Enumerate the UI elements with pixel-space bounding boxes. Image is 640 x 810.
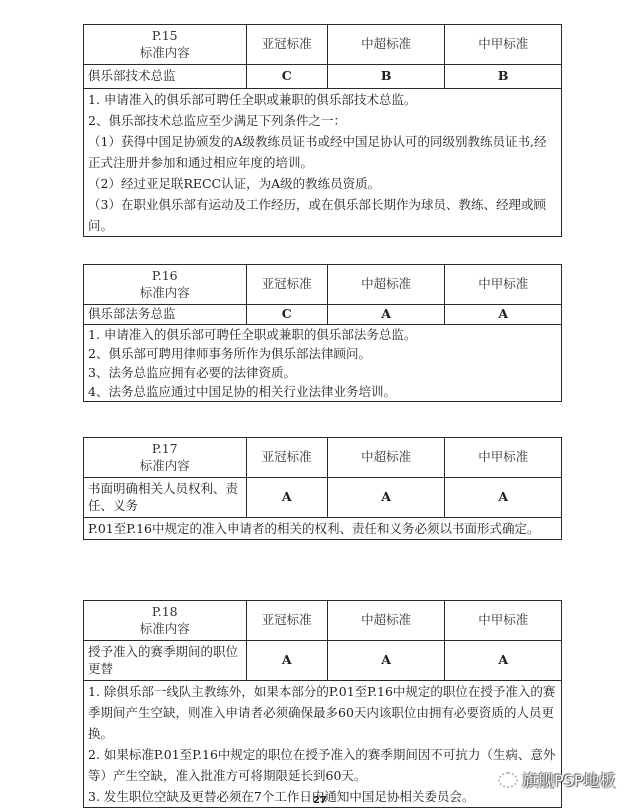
column-header-league-one: 中甲标准 (445, 438, 562, 478)
table-header-row: P.18 标准内容 亚冠标准 中超标准 中甲标准 (84, 601, 562, 641)
standard-code: P.16 (88, 268, 242, 284)
table-row: 俱乐部技术总监 C B B (84, 65, 562, 89)
standard-code: P.18 (88, 604, 242, 620)
item-name: 俱乐部技术总监 (84, 65, 247, 89)
note-line: 2、俱乐部可聘用律师事务所作为俱乐部法律顾问。 (88, 344, 557, 363)
standard-table: P.15 标准内容 亚冠标准 中超标准 中甲标准 俱乐部技术总监 C B B 1… (83, 24, 562, 237)
table-header-row: P.17 标准内容 亚冠标准 中超标准 中甲标准 (84, 438, 562, 478)
standard-block-p16: P.16 标准内容 亚冠标准 中超标准 中甲标准 俱乐部法务总监 C A A 1… (83, 264, 562, 402)
table-row: 书面明确相关人员权利、责任、义务 A A A (84, 478, 562, 518)
column-header-afc: 亚冠标准 (246, 25, 327, 65)
standard-subtitle: 标准内容 (88, 285, 242, 301)
note-line: （2）经过亚足联RECC认证，为A级的教练员资质。 (88, 173, 557, 194)
standard-table: P.16 标准内容 亚冠标准 中超标准 中甲标准 俱乐部法务总监 C A A 1… (83, 264, 562, 402)
grade-csl: A (327, 478, 445, 518)
standard-block-p15: P.15 标准内容 亚冠标准 中超标准 中甲标准 俱乐部技术总监 C B B 1… (83, 24, 562, 237)
note-line: 2、俱乐部技术总监应至少满足下列条件之一： (88, 110, 557, 131)
standard-code: P.17 (88, 441, 242, 457)
note-line: 1. 除俱乐部一线队主教练外，如果本部分的P.01至P.16中规定的职位在授予准… (88, 681, 557, 744)
note-line: 1. 申请准入的俱乐部可聘任全职或兼职的俱乐部法务总监。 (88, 325, 557, 344)
column-header-afc: 亚冠标准 (246, 601, 327, 641)
column-header-afc: 亚冠标准 (246, 438, 327, 478)
page-number: 27 (0, 795, 640, 806)
notes-row: 1. 除俱乐部一线队主教练外，如果本部分的P.01至P.16中规定的职位在授予准… (84, 681, 562, 808)
column-header-csl: 中超标准 (327, 265, 445, 305)
notes-row: 1. 申请准入的俱乐部可聘任全职或兼职的俱乐部法务总监。 2、俱乐部可聘用律师事… (84, 325, 562, 402)
table-row: 俱乐部法务总监 C A A (84, 305, 562, 325)
grade-afc: C (246, 65, 327, 89)
column-header-csl: 中超标准 (327, 438, 445, 478)
item-name: 授予准入的赛季期间的职位更替 (84, 641, 247, 681)
column-header-csl: 中超标准 (327, 601, 445, 641)
notes-row: P.01至P.16中规定的准入申请者的相关的权利、责任和义务必须以书面形式确定。 (84, 518, 562, 540)
standard-code-cell: P.18 标准内容 (84, 601, 247, 641)
table-row: 授予准入的赛季期间的职位更替 A A A (84, 641, 562, 681)
note-line: 4、法务总监应通过中国足协的相关行业法律业务培训。 (88, 382, 557, 401)
grade-csl: A (327, 305, 445, 325)
standard-block-p17: P.17 标准内容 亚冠标准 中超标准 中甲标准 书面明确相关人员权利、责任、义… (83, 437, 562, 540)
grade-league-one: A (445, 478, 562, 518)
standard-subtitle: 标准内容 (88, 621, 242, 637)
standard-subtitle: 标准内容 (88, 45, 242, 61)
grade-league-one: A (445, 641, 562, 681)
note-line: （3）在职业俱乐部有运动及工作经历，或在俱乐部长期作为球员、教练、经理或顾问。 (88, 194, 557, 236)
note-line: 3、法务总监应拥有必要的法律资质。 (88, 363, 557, 382)
note-line: 1. 申请准入的俱乐部可聘任全职或兼职的俱乐部技术总监。 (88, 89, 557, 110)
note-line: P.01至P.16中规定的准入申请者的相关的权利、责任和义务必须以书面形式确定。 (88, 518, 557, 539)
grade-afc: C (246, 305, 327, 325)
column-header-afc: 亚冠标准 (246, 265, 327, 305)
notes-cell: 1. 申请准入的俱乐部可聘任全职或兼职的俱乐部法务总监。 2、俱乐部可聘用律师事… (84, 325, 562, 402)
standard-table: P.17 标准内容 亚冠标准 中超标准 中甲标准 书面明确相关人员权利、责任、义… (83, 437, 562, 540)
note-line: 2. 如果标准P.01至P.16中规定的职位在授予准入的赛季期间因不可抗力（生病… (88, 744, 557, 786)
standard-table: P.18 标准内容 亚冠标准 中超标准 中甲标准 授予准入的赛季期间的职位更替 … (83, 600, 562, 808)
watermark: 旗舰PSP地板 (498, 768, 615, 791)
standard-code-cell: P.16 标准内容 (84, 265, 247, 305)
item-name: 俱乐部法务总监 (84, 305, 247, 325)
standard-code: P.15 (88, 28, 242, 44)
grade-league-one: B (445, 65, 562, 89)
notes-cell: 1. 申请准入的俱乐部可聘任全职或兼职的俱乐部技术总监。 2、俱乐部技术总监应至… (84, 89, 562, 237)
notes-row: 1. 申请准入的俱乐部可聘任全职或兼职的俱乐部技术总监。 2、俱乐部技术总监应至… (84, 89, 562, 237)
grade-csl: B (327, 65, 445, 89)
standard-code-cell: P.15 标准内容 (84, 25, 247, 65)
notes-cell: 1. 除俱乐部一线队主教练外，如果本部分的P.01至P.16中规定的职位在授予准… (84, 681, 562, 808)
table-header-row: P.15 标准内容 亚冠标准 中超标准 中甲标准 (84, 25, 562, 65)
column-header-csl: 中超标准 (327, 25, 445, 65)
note-line: （1）获得中国足协颁发的A级教练员证书或经中国足协认可的同级别教练员证书,经正式… (88, 131, 557, 173)
grade-league-one: A (445, 305, 562, 325)
grade-afc: A (246, 641, 327, 681)
wechat-icon (498, 772, 518, 788)
column-header-league-one: 中甲标准 (445, 25, 562, 65)
table-header-row: P.16 标准内容 亚冠标准 中超标准 中甲标准 (84, 265, 562, 305)
notes-cell: P.01至P.16中规定的准入申请者的相关的权利、责任和义务必须以书面形式确定。 (84, 518, 562, 540)
standard-code-cell: P.17 标准内容 (84, 438, 247, 478)
column-header-league-one: 中甲标准 (445, 601, 562, 641)
item-name: 书面明确相关人员权利、责任、义务 (84, 478, 247, 518)
grade-csl: A (327, 641, 445, 681)
standard-block-p18: P.18 标准内容 亚冠标准 中超标准 中甲标准 授予准入的赛季期间的职位更替 … (83, 600, 562, 808)
column-header-league-one: 中甲标准 (445, 265, 562, 305)
watermark-text: 旗舰PSP地板 (522, 768, 615, 791)
grade-afc: A (246, 478, 327, 518)
standard-subtitle: 标准内容 (88, 458, 242, 474)
